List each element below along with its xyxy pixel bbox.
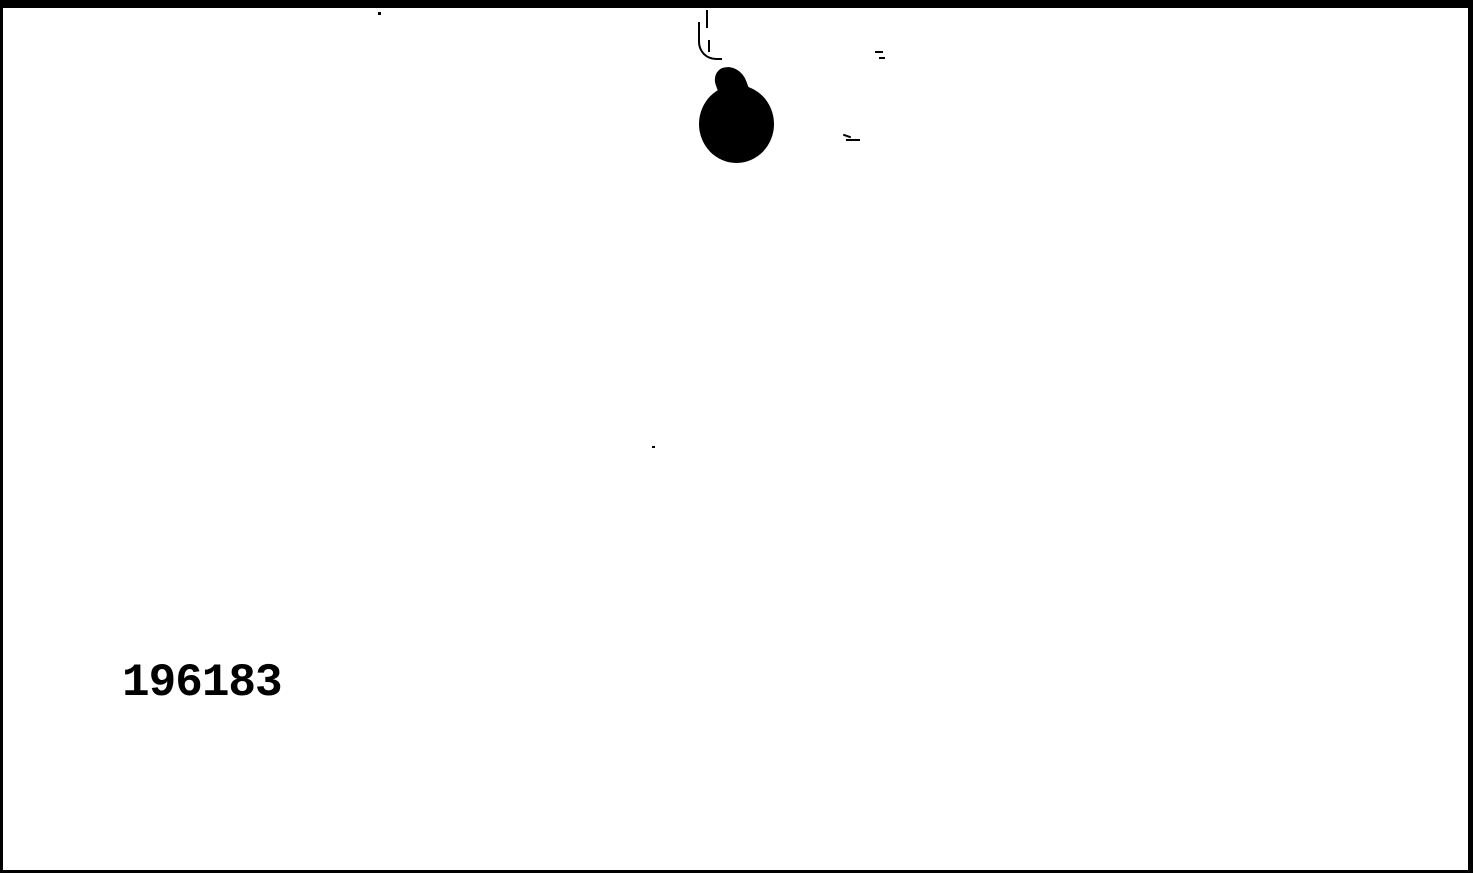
ink-speck bbox=[875, 51, 883, 53]
ink-speck bbox=[378, 12, 381, 15]
paper-crack-mark bbox=[708, 40, 710, 52]
ink-speck bbox=[652, 446, 655, 448]
paper-crack-mark bbox=[706, 10, 708, 28]
ink-speck bbox=[879, 57, 885, 59]
card-top-border bbox=[0, 0, 1473, 8]
punch-hole bbox=[699, 85, 774, 163]
ink-speck bbox=[846, 139, 860, 141]
card-number: 196183 bbox=[122, 660, 282, 706]
